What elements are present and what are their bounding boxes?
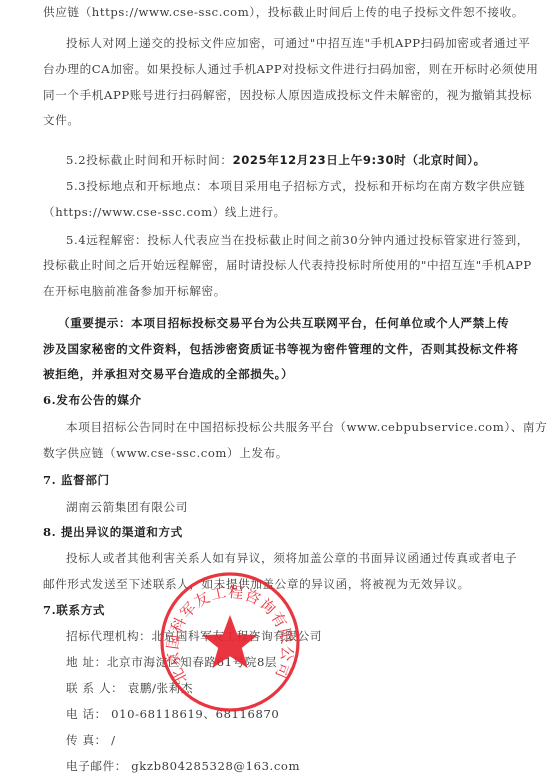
paragraph-line: 供应链（https://www.cse-ssc.com），投标截止时间后上传的电…	[43, 4, 524, 20]
contact-person: 联 系 人： 袁鹏/张莉杰	[66, 680, 193, 696]
contact-agency: 招标代理机构：北京国科军友工程咨询有限公司	[66, 628, 322, 644]
section-8-line: 投标人或者其他利害关系人如有异议，须将加盖公章的书面异议函通过传真或者电子	[66, 550, 517, 566]
document-page: 供应链（https://www.cse-ssc.com），投标截止时间后上传的电…	[0, 0, 550, 779]
section-5-2: 5.2投标截止时间和开标时间：2025年12月23日上午9:30时（北京时间）。	[66, 152, 486, 168]
contact-phone: 电 话： 010-68118619、68116870	[66, 706, 279, 722]
paragraph-line: 同一个手机APP账号进行扫码解密，因投标人原因造成投标文件未解密的，视为撤销其投…	[43, 87, 532, 103]
contact-email: 电子邮件： gkzb804285328@163.com	[66, 758, 300, 774]
section-5-4-line: 5.4远程解密：投标人代表应当在投标截止时间之前30分钟内通过投标管家进行签到，	[66, 232, 529, 248]
section-5-3-line: 5.3投标地点和开标地点：本项目采用电子招标方式，投标和开标均在南方数字供应链	[66, 178, 525, 194]
important-notice-line: 被拒绝，并承担对交易平台造成的全部损失。）	[43, 366, 293, 382]
section-7-contact-heading: 7.联系方式	[43, 602, 105, 618]
paragraph-line: 投标人对网上递交的投标文件应加密，可通过"中招互连"手机APP扫码加密或者通过平	[66, 35, 530, 51]
section-8-heading: 8. 提出异议的渠道和方式	[43, 524, 183, 540]
section-6-line: 数字供应链（www.cse-ssc.com）上发布。	[43, 445, 288, 461]
section-5-4-line: 投标截止时间之后开始远程解密，届时请投标人代表持投标时所使用的"中招互连"手机A…	[43, 257, 532, 273]
contact-fax: 传 真： /	[66, 732, 116, 748]
paragraph-line: 台办理的CA加密。如果投标人通过手机APP对投标文件进行扫码加密，则在开标时必须…	[43, 61, 538, 77]
supervision-department: 湖南云箭集团有限公司	[66, 499, 188, 515]
section-6-heading: 6.发布公告的媒介	[43, 392, 142, 408]
section-7-supervision-heading: 7. 监督部门	[43, 472, 110, 488]
contact-address: 地 址：北京市海淀区知春路61号院8层	[66, 654, 277, 670]
section-5-3-line: （https://www.cse-ssc.com）线上进行。	[43, 204, 286, 220]
section-5-2-label: 5.2投标截止时间和开标时间：	[66, 153, 233, 167]
section-8-line: 邮件形式发送至下述联系人，如未提供加盖公章的异议函，将被视为无效异议。	[43, 576, 470, 592]
important-notice-line: （重要提示：本项目招标投标交易平台为公共互联网平台，任何单位或个人严禁上传	[58, 315, 509, 331]
important-notice-line: 涉及国家秘密的文件资料，包括涉密资质证书等视为密件管理的文件，否则其投标文件将	[43, 341, 519, 357]
bid-deadline-value: 2025年12月23日上午9:30时（北京时间）。	[233, 153, 486, 167]
section-6-line: 本项目招标公告同时在中国招标投标公共服务平台（www.cebpubservice…	[66, 419, 547, 435]
paragraph-line: 文件。	[43, 112, 80, 128]
section-5-4-line: 在开标电脑前准备参加开标解密。	[43, 283, 226, 299]
